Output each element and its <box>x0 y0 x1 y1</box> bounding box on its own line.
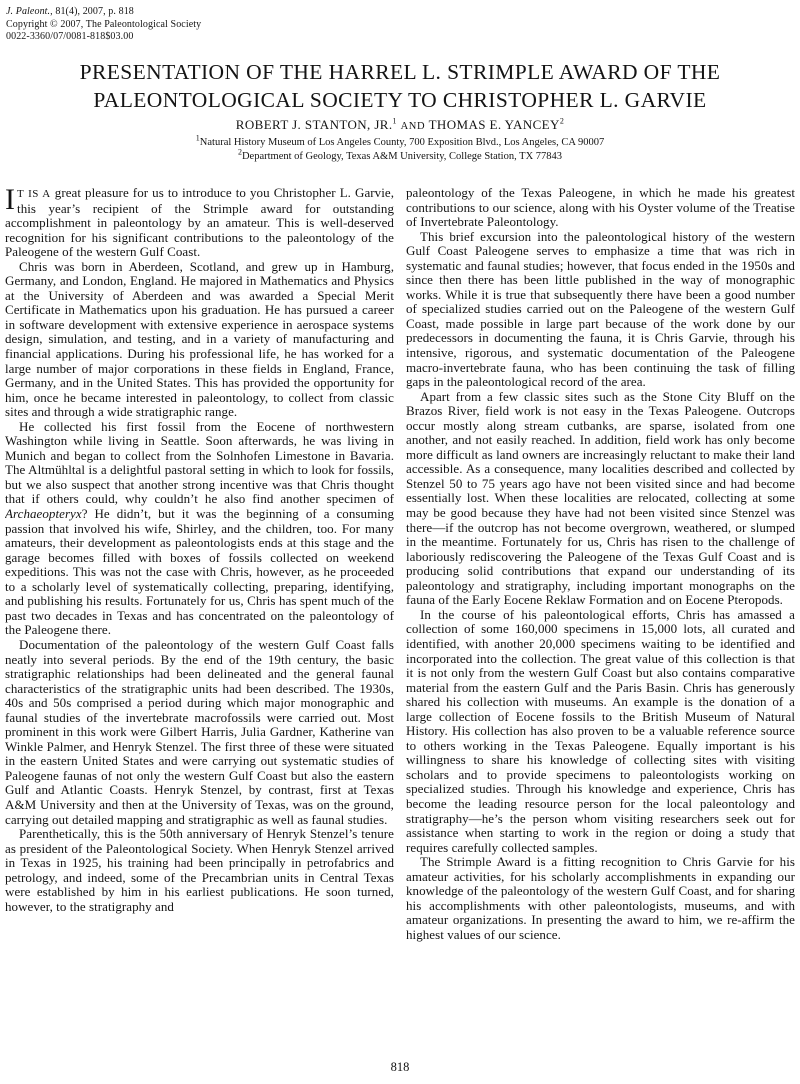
paragraph: Documentation of the paleontology of the… <box>5 638 394 827</box>
affiliations: 1Natural History Museum of Los Angeles C… <box>0 136 800 163</box>
journal-page: J. Paleont., 81(4), 2007, p. 818 Copyrig… <box>0 0 800 1084</box>
text-segment: paleontology of the Texas Paleogene, in … <box>406 186 795 229</box>
text-segment: The Strimple Award is a fitting recognit… <box>406 854 795 942</box>
author-name-2: THOMAS E. YANCEY <box>429 117 560 132</box>
paragraph: Apart from a few classic sites such as t… <box>406 390 795 608</box>
author-name-1: ROBERT J. STANTON, JR. <box>236 117 393 132</box>
affiliation-1: 1Natural History Museum of Los Angeles C… <box>0 136 800 150</box>
dropcap-letter: I <box>5 186 17 212</box>
masthead-copyright-line: Copyright © 2007, The Paleontological So… <box>6 19 201 32</box>
affiliation-2-text: Department of Geology, Texas A&M Univers… <box>242 151 562 162</box>
text-segment: This brief excursion into the paleontolo… <box>406 229 795 389</box>
text-segment: In the course of his paleontological eff… <box>406 607 795 855</box>
lead-smallcaps: T IS A <box>17 188 51 200</box>
paragraph: Parenthetically, this is the 50th annive… <box>5 827 394 914</box>
column-right: paleontology of the Texas Paleogene, in … <box>406 186 795 1046</box>
title-line-1: PRESENTATION OF THE HARREL L. STRIMPLE A… <box>0 58 800 86</box>
text-segment: Documentation of the paleontology of the… <box>5 637 394 827</box>
masthead: J. Paleont., 81(4), 2007, p. 818 Copyrig… <box>6 6 201 44</box>
author-affil-marker-1: 1 <box>393 117 397 126</box>
article-title: PRESENTATION OF THE HARREL L. STRIMPLE A… <box>0 58 800 114</box>
paragraph: The Strimple Award is a fitting recognit… <box>406 855 795 942</box>
text-segment: great pleasure for us to introduce to yo… <box>5 186 394 259</box>
article-body: IT IS A great pleasure for us to introdu… <box>5 186 795 1046</box>
italic-text-segment: Archaeopteryx <box>5 506 82 521</box>
affiliation-1-text: Natural History Museum of Los Angeles Co… <box>200 137 604 148</box>
author-affil-marker-2: 2 <box>560 117 564 126</box>
journal-citation: 81(4), 2007, p. 818 <box>53 6 134 17</box>
masthead-journal-line: J. Paleont., 81(4), 2007, p. 818 <box>6 6 201 19</box>
authors-byline: ROBERT J. STANTON, JR.1 AND THOMAS E. YA… <box>0 117 800 133</box>
text-segment: He collected his first fossil from the E… <box>5 419 394 507</box>
text-segment: ? He didn’t, but it was the beginning of… <box>5 506 394 637</box>
title-line-2: PALEONTOLOGICAL SOCIETY TO CHRISTOPHER L… <box>0 86 800 114</box>
affiliation-2: 2Department of Geology, Texas A&M Univer… <box>0 150 800 164</box>
column-left: IT IS A great pleasure for us to introdu… <box>5 186 394 1046</box>
paragraph: paleontology of the Texas Paleogene, in … <box>406 186 795 230</box>
paragraph: He collected his first fossil from the E… <box>5 420 394 638</box>
paragraph: Chris was born in Aberdeen, Scotland, an… <box>5 260 394 420</box>
text-segment: Apart from a few classic sites such as t… <box>406 389 795 608</box>
paragraph: This brief excursion into the paleontolo… <box>406 230 795 390</box>
masthead-code-line: 0022-3360/07/0081-818$03.00 <box>6 31 201 44</box>
journal-abbreviation: J. Paleont., <box>6 6 53 17</box>
paragraph: IT IS A great pleasure for us to introdu… <box>5 186 394 260</box>
text-segment: Chris was born in Aberdeen, Scotland, an… <box>5 259 394 419</box>
page-number: 818 <box>0 1060 800 1075</box>
authors-conjunction: AND <box>401 121 426 132</box>
paragraph: In the course of his paleontological eff… <box>406 608 795 855</box>
text-segment: Parenthetically, this is the 50th annive… <box>5 826 394 914</box>
